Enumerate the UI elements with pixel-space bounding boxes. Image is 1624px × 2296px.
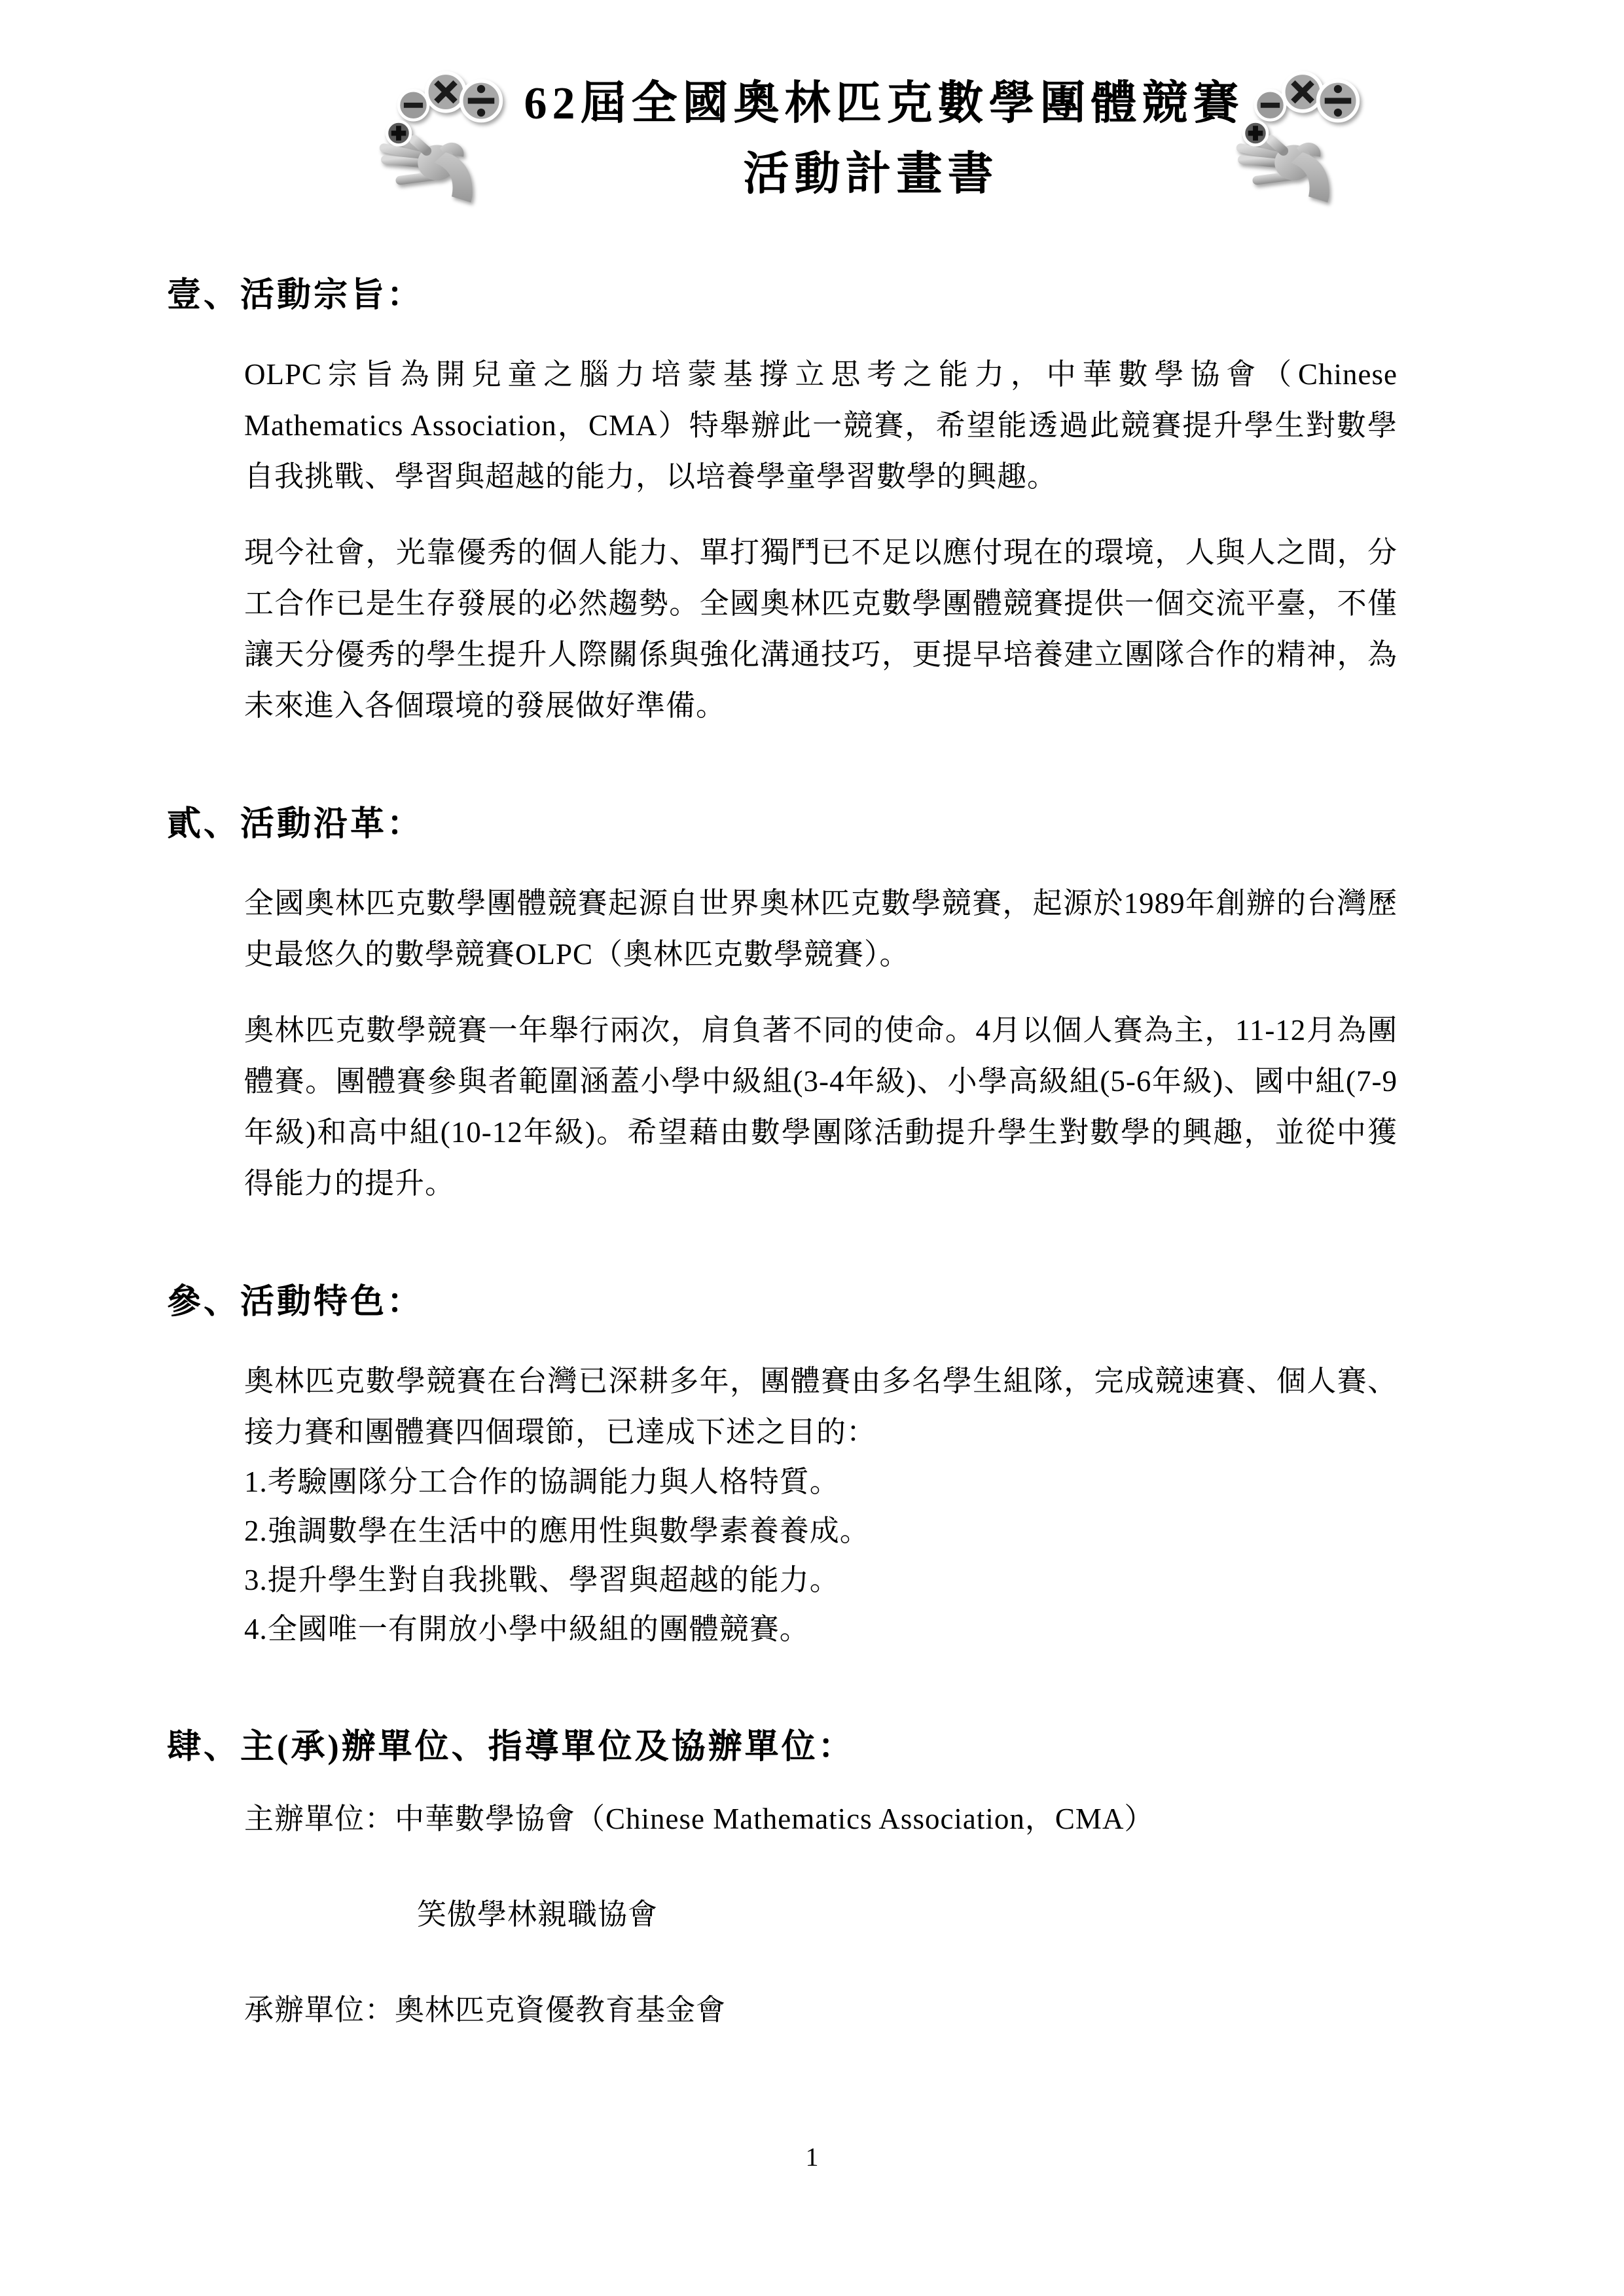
section-history-heading: 貳、活動沿革：	[167, 804, 1398, 845]
organizer-undertaker-label: 承辦單位：	[244, 1994, 395, 2026]
organizer-cohost-line: 笑傲學林親職協會	[244, 1896, 1398, 1933]
section-history: 貳、活動沿革： 全國奧林匹克數學團體競賽起源自世界奧林匹克數學競賽，起源於198…	[167, 804, 1398, 1209]
section-features-heading: 參、活動特色：	[167, 1282, 1398, 1323]
organizer-host-label: 主辦單位：	[244, 1803, 395, 1835]
purpose-paragraph-1: OLPC宗旨為開兒童之腦力培蒙基撐立思考之能力，中華數學協會（Chinese M…	[244, 349, 1398, 502]
feature-list: 1.考驗團隊分工合作的協調能力與人格特質。 2.強調數學在生活中的應用性與數學素…	[244, 1458, 1398, 1654]
document-title-line2: 活動計畫書	[524, 139, 1218, 210]
page-number: 1	[0, 2144, 1624, 2170]
section-purpose-heading: 壹、活動宗旨：	[167, 276, 1398, 316]
feature-item-1: 1.考驗團隊分工合作的協調能力與人格特質。	[244, 1458, 1398, 1507]
features-paragraph-1: 奧林匹克數學競賽在台灣已深耕多年，團體賽由多名學生組隊，完成競速賽、個人賽、接力…	[244, 1355, 1398, 1458]
organizer-host-line: 主辦單位：中華數學協會（Chinese Mathematics Associat…	[244, 1801, 1398, 1837]
feature-item-3: 3.提升學生對自我挑戰、學習與超越的能力。	[244, 1556, 1398, 1605]
organizer-undertaker-value: 奧林匹克資優教育基金會	[395, 1994, 726, 2026]
history-paragraph-2: 奧林匹克數學競賽一年舉行兩次，肩負著不同的使命。4月以個人賽為主，11-12月為…	[244, 1005, 1398, 1209]
math-hand-logo-left	[369, 65, 516, 213]
title-block: 62屆全國奧林匹克數學團體競賽 活動計畫書	[524, 69, 1218, 210]
section-organizers: 肆、主(承)辦單位、指導單位及協辦單位： 主辦單位：中華數學協會（Chinese…	[167, 1727, 1398, 2028]
purpose-paragraph-2: 現今社會，光靠優秀的個人能力、單打獨鬥已不足以應付現在的環境，人與人之間，分工合…	[244, 527, 1398, 731]
section-features: 參、活動特色： 奧林匹克數學競賽在台灣已深耕多年，團體賽由多名學生組隊，完成競速…	[167, 1282, 1398, 1654]
document-title-line1: 62屆全國奧林匹克數學團體競賽	[524, 69, 1218, 139]
math-hand-logo-right	[1226, 65, 1373, 213]
section-organizers-heading: 肆、主(承)辦單位、指導單位及協辦單位：	[167, 1727, 1398, 1768]
organizer-undertaker-line: 承辦單位：奧林匹克資優教育基金會	[244, 1992, 1398, 2028]
organizer-host-value: 中華數學協會（Chinese Mathematics Association，C…	[395, 1803, 1154, 1835]
feature-item-4: 4.全國唯一有開放小學中級組的團體競賽。	[244, 1605, 1398, 1654]
feature-item-2: 2.強調數學在生活中的應用性與數學素養養成。	[244, 1507, 1398, 1556]
document-page: 62屆全國奧林匹克數學團體競賽 活動計畫書 壹、活動宗旨： OLPC宗旨為開兒童…	[0, 0, 1624, 2296]
document-header: 62屆全國奧林匹克數學團體競賽 活動計畫書	[0, 0, 1624, 213]
organizer-cohost-value: 笑傲學林親職協會	[417, 1898, 658, 1931]
history-paragraph-1: 全國奧林匹克數學團體競賽起源自世界奧林匹克數學競賽，起源於1989年創辦的台灣歷…	[244, 878, 1398, 980]
section-purpose: 壹、活動宗旨： OLPC宗旨為開兒童之腦力培蒙基撐立思考之能力，中華數學協會（C…	[167, 276, 1398, 731]
